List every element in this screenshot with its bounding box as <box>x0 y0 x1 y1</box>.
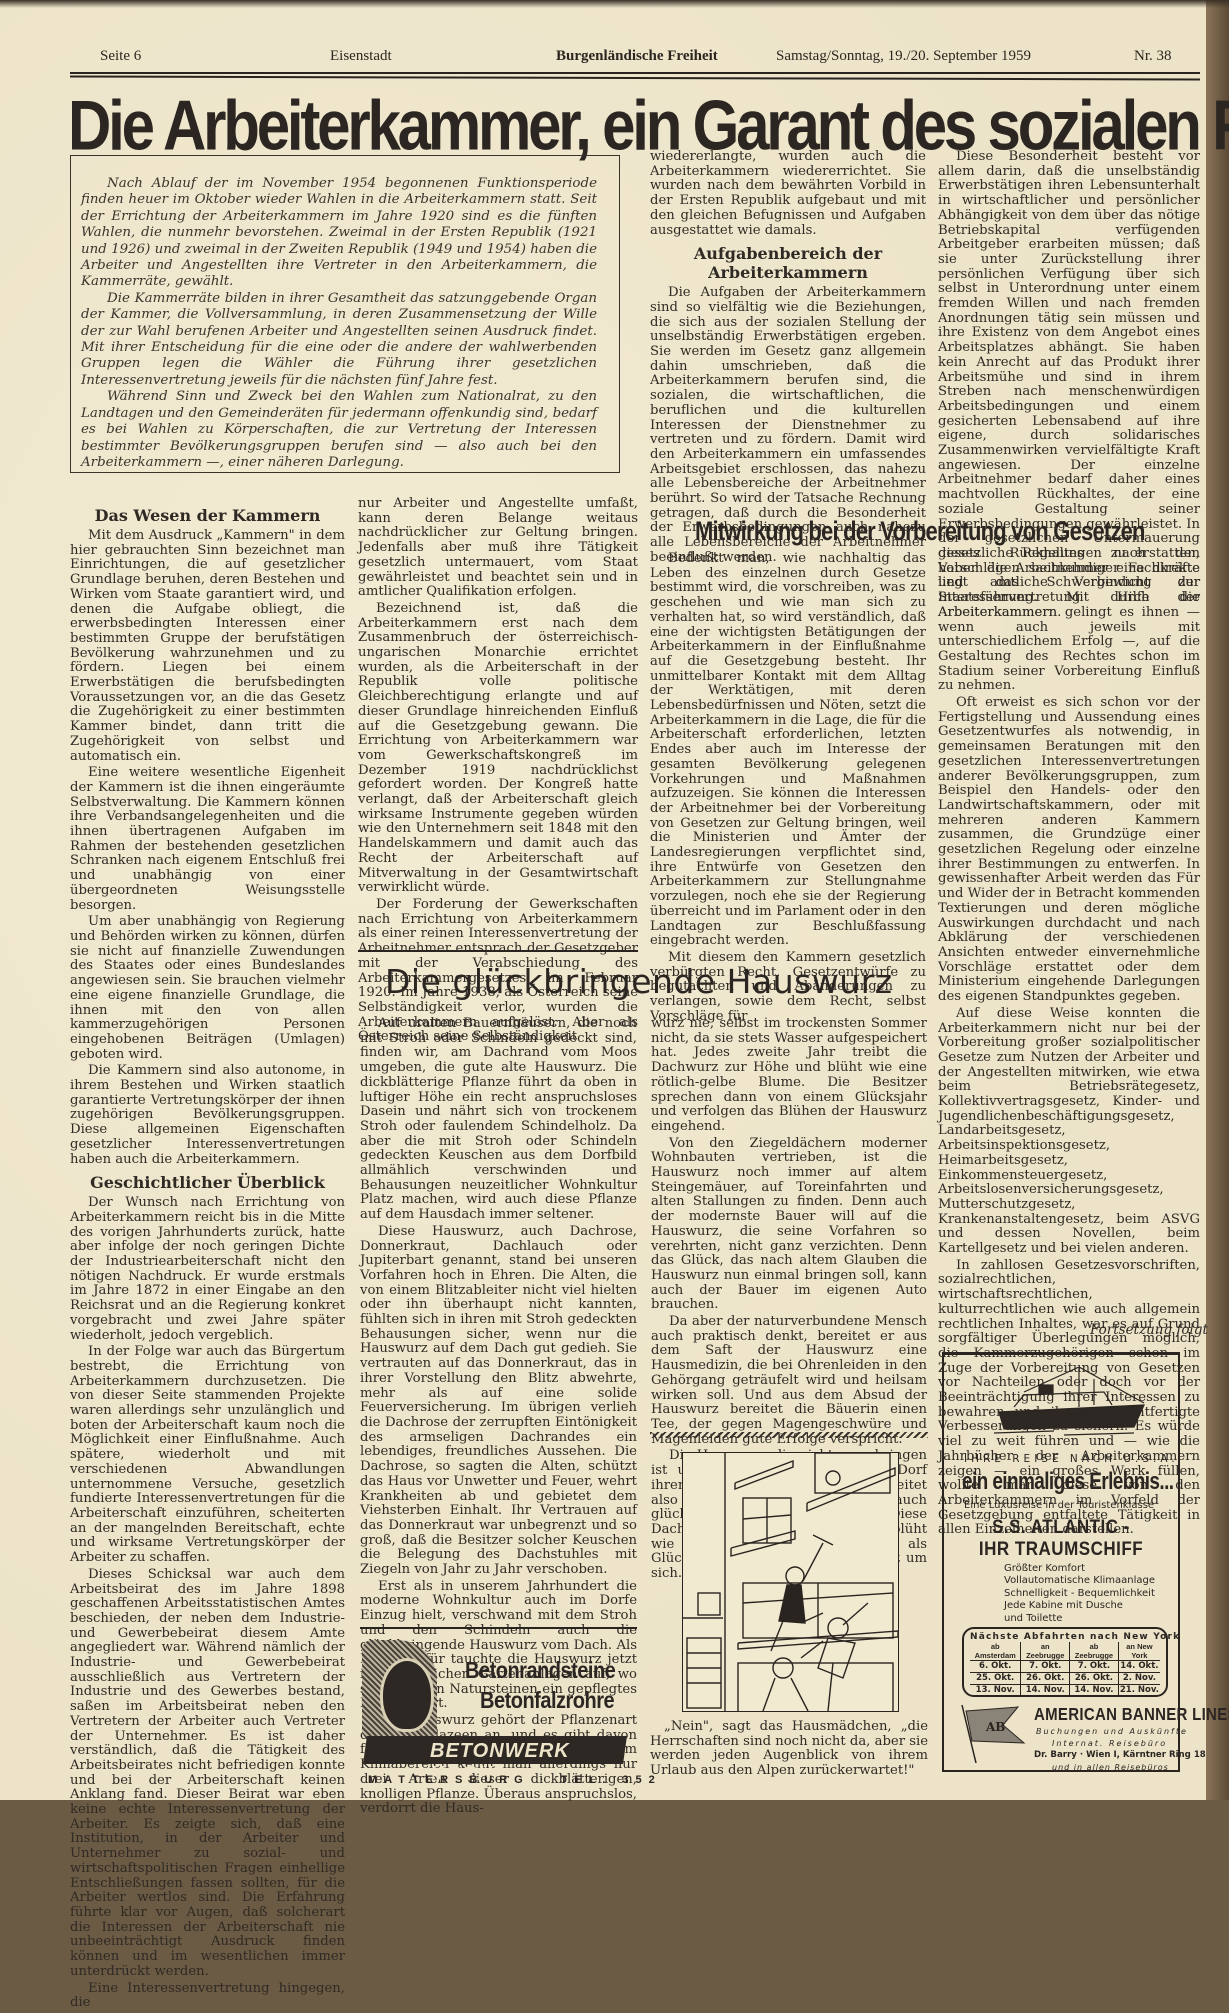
page-number: Seite 6 <box>100 48 141 65</box>
ad-tagline: IHRE REISE NACH U.S.A. <box>964 1453 1179 1465</box>
paragraph: Da aber der naturverbundene Mensch auch … <box>651 1315 927 1447</box>
header-rule <box>70 72 1200 74</box>
paragraph: gesetzliche Regelungen zu erstatten, hab… <box>938 547 1200 694</box>
continued-note: Fortsetzung folgt <box>1090 1322 1208 1338</box>
article-column-3b: Bedenkt man, wie nachhaltig das Leben de… <box>650 552 926 1027</box>
article-column-3: wiedererlangte, wurden auch die Arbeiter… <box>650 150 926 568</box>
intro-paragraph: Während Sinn und Zweck bei den Wahlen zu… <box>81 389 597 471</box>
ad-american-banner-lines: IHRE REISE NACH U.S.A. ein einmaliges Er… <box>942 1352 1180 1772</box>
agency-address: Dr. Barry · Wien I, Kärntner Ring 18 <box>1034 1750 1206 1760</box>
schedule-cell: 25. Okt. <box>970 1673 1021 1685</box>
paragraph: Bezeichnend ist, daß die Arbeiterkammern… <box>358 602 638 896</box>
header-city: Eisenstadt <box>330 48 392 65</box>
paragraph: Bedenkt man, wie nachhaltig das Leben de… <box>650 552 926 949</box>
caption-text: „Nein", sagt das Hausmädchen, „die Herrs… <box>650 1720 928 1779</box>
svg-text:AB: AB <box>985 1720 1005 1734</box>
schedule-row: 13. Nov. 14. Nov. 14. Nov. 21. Nov. <box>970 1685 1160 1697</box>
scan-shadow <box>0 0 1229 8</box>
schedule-title: Nächste Abfahrten nach New York <box>970 1632 1160 1642</box>
paragraph: Auf diese Weise konnten die Arbeiterkamm… <box>938 1007 1200 1257</box>
schedule-cell: 2. Nov. <box>1118 1673 1160 1685</box>
schedule-cell: 26. Okt. <box>1021 1673 1070 1685</box>
paragraph: Die Kammern sind also autonome, in ihrem… <box>70 1064 345 1167</box>
schedule-row: 25. Okt. 26. Okt. 26. Okt. 2. Nov. <box>970 1673 1160 1685</box>
agency-name: Internat. Reisebüro <box>1052 1739 1192 1748</box>
intro-box: Nach Ablauf der im November 1954 begonne… <box>70 155 620 473</box>
schedule-table: ab Amsterdam an Zeebrugge ab Zeebrugge a… <box>970 1642 1160 1696</box>
paragraph: Von den Ziegeldächern moderner Wohnbaute… <box>651 1137 927 1313</box>
schedule-cell: 7. Okt. <box>1070 1661 1119 1673</box>
feature-item: Vollautomatische Klimaanlage <box>1004 1575 1155 1587</box>
paragraph: Um aber unabhängig von Regierung und Beh… <box>70 915 345 1062</box>
cartoon-caption: „Nein", sagt das Hausmädchen, „die Herrs… <box>650 1720 928 1779</box>
intro-paragraph: Die Kammerräte bilden in ihrer Gesamthei… <box>81 291 597 389</box>
story-divider <box>358 950 638 952</box>
schedule-header: ab Amsterdam <box>970 1642 1021 1661</box>
schedule-cell: 14. Nov. <box>1070 1685 1119 1697</box>
ship-features: Größter Komfort Vollautomatische Klimaan… <box>1004 1563 1155 1625</box>
schedule-header: an New York <box>1118 1642 1160 1661</box>
page-header: Seite 6 Eisenstadt Burgenländische Freih… <box>88 48 1198 70</box>
schedule-cell: 7. Okt. <box>1021 1661 1070 1673</box>
cartoon-drawing-icon <box>683 1453 898 1711</box>
ad-line: Betonrandsteine <box>465 1658 615 1684</box>
schedule-cell: 26. Okt. <box>1070 1673 1119 1685</box>
feature-item: Schnelligkeit - Bequemlichkeit <box>1004 1588 1155 1600</box>
schedule-cell: 13. Nov. <box>970 1685 1021 1697</box>
page-edge <box>1206 0 1229 1800</box>
story-title-hauswurz: Die glückbringende Hauswurz <box>385 962 893 1001</box>
ship-name: S.S. ATLANTIC - <box>944 1516 1178 1539</box>
paragraph: nur Arbeiter und Angestellte umfaßt, kan… <box>358 497 638 600</box>
schedule-cell: 14. Nov. <box>1021 1685 1070 1697</box>
flag-icon: AB <box>958 1703 1028 1763</box>
ship-icon <box>994 1367 1154 1437</box>
paragraph: wurz nie, selbst im trockensten Sommer n… <box>651 1017 927 1135</box>
article-column-1: Das Wesen der Kammern Mit dem Ausdruck „… <box>70 500 345 1800</box>
paragraph: Mit dem Ausdruck „Kammern" in dem hier g… <box>70 529 345 764</box>
ad-divider <box>360 1627 637 1629</box>
schedule-header: an Zeebrugge <box>1021 1642 1070 1661</box>
feature-item: und Toilette <box>1004 1613 1155 1625</box>
subheading-geschichte: Geschichtlicher Überblick <box>70 1173 345 1192</box>
ad-line: Betonfalzrohre <box>480 1688 614 1714</box>
intro-paragraph: Nach Ablauf der im November 1954 begonne… <box>81 176 597 291</box>
decorative-wave-rule <box>650 1432 928 1438</box>
paragraph: In der Folge war auch das Bürgertum best… <box>70 1345 345 1566</box>
paragraph: Eine weitere wesentliche Eigenheit der K… <box>70 766 345 913</box>
ad-subline: Eine Luxusreise in der Touristenklasse <box>964 1500 1154 1511</box>
schedule-cell: 14. Okt. <box>1118 1661 1160 1673</box>
schedule-row: 6. Okt. 7. Okt. 7. Okt. 14. Okt. <box>970 1661 1160 1673</box>
ad-headline: ein einmaliges Erlebnis... <box>962 1469 1173 1497</box>
ship-slogan: IHR TRAUMSCHIFF <box>944 1538 1178 1561</box>
newspaper-name: Burgenländische Freiheit <box>556 48 718 65</box>
issue-number: Nr. 38 <box>1134 48 1172 65</box>
ad-betonwerk-koch: Betonrandsteine Betonfalzrohre BETONWERK… <box>360 1640 630 1790</box>
feature-item: Jede Kabine mit Dusche <box>1004 1600 1155 1612</box>
paragraph: Diese Hauswurz, auch Dachrose, Donnerkra… <box>360 1225 637 1578</box>
paragraph: wiedererlangte, wurden auch die Arbeiter… <box>650 150 926 238</box>
paragraph: Auf uralten Bauernhäusern, die noch mit … <box>360 1017 637 1223</box>
issue-date: Samstag/Sonntag, 19./20. September 1959 <box>776 48 1031 65</box>
booking-note: Buchungen und Auskünfte <box>1036 1727 1176 1736</box>
feature-item: Größter Komfort <box>1004 1563 1155 1575</box>
other-agencies: und in allen Reisebüros <box>1052 1763 1192 1772</box>
paragraph: Oft erweist es sich schon vor der Fertig… <box>938 696 1200 1005</box>
cartoon-illustration <box>682 1452 899 1712</box>
company-name: AMERICAN BANNER LINES <box>1034 1705 1229 1725</box>
paragraph: Dieses Schicksal war auch dem Arbeitsbei… <box>70 1568 345 1800</box>
concrete-pipe-icon <box>362 1640 437 1740</box>
schedule-cell: 6. Okt. <box>970 1661 1021 1673</box>
departure-schedule: Nächste Abfahrten nach New York ab Amste… <box>962 1627 1168 1697</box>
subheading-wesen: Das Wesen der Kammern <box>70 506 345 525</box>
paragraph: Der Wunsch nach Errichtung von Arbeiterk… <box>70 1196 345 1343</box>
ad-address: MATTERSBURG · TEL. 352 <box>368 1774 662 1786</box>
subheading-aufgaben: Aufgabenbereich der Arbeiterkammern <box>650 244 926 282</box>
schedule-cell: 21. Nov. <box>1118 1685 1160 1697</box>
schedule-header: ab Zeebrugge <box>1070 1642 1119 1661</box>
